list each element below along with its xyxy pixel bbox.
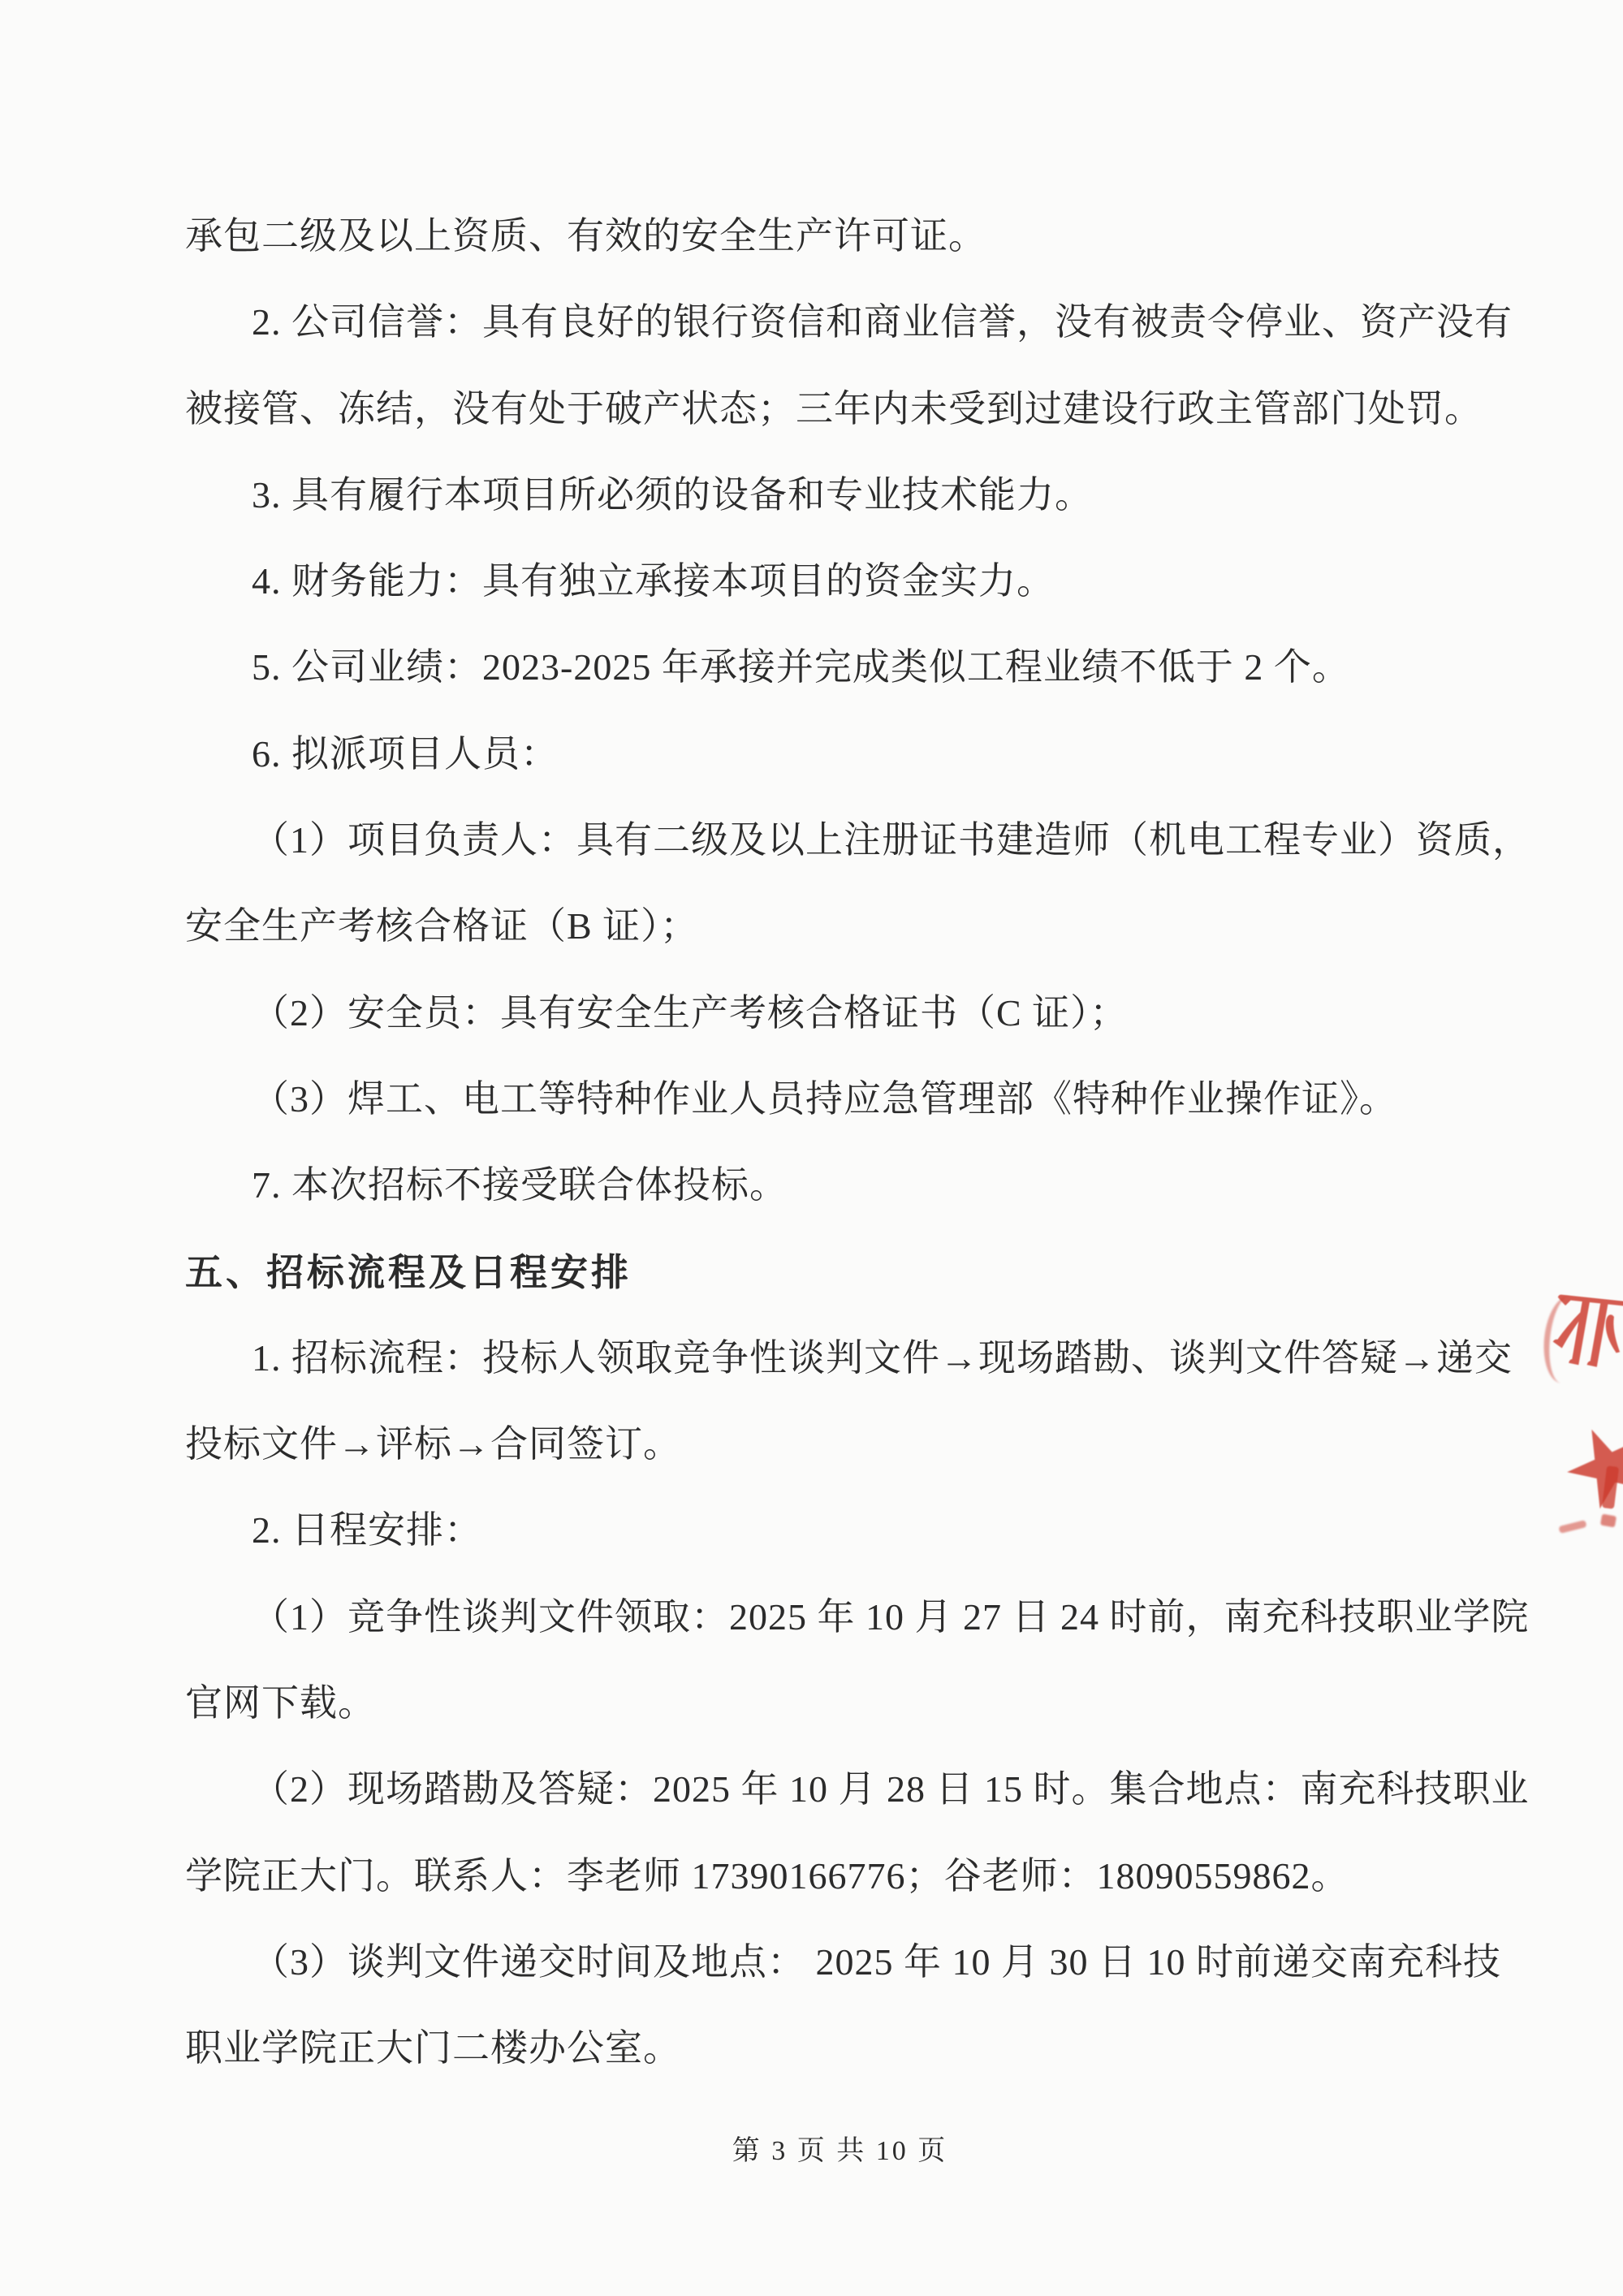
page-number-footer: 第 3 页 共 10 页 [0, 2134, 1623, 2169]
seal-mark-dash [1558, 1520, 1586, 1534]
section-heading: 五、招标流程及日程安排 [185, 1229, 1468, 1315]
document-text-line: 4. 财务能力：具有独立承接本项目的资金实力。 [185, 538, 1468, 624]
document-text-line: 安全生产考核合格证（B 证）； [185, 883, 1468, 969]
document-text-line: （1）竞争性谈判文件领取：2025 年 10 月 27 日 24 时前，南充科技… [185, 1574, 1468, 1660]
document-text-line: （2）安全员：具有安全生产考核合格证书（C 证）； [185, 970, 1468, 1056]
document-text-line: 6. 拟派项目人员： [185, 711, 1468, 797]
document-text-line: （2）现场踏勘及答疑：2025 年 10 月 28 日 15 时。集合地点：南充… [185, 1746, 1468, 1832]
document-text-line: （3）焊工、电工等特种作业人员持应急管理部《特种作业操作证》。 [185, 1056, 1468, 1142]
document-text-line: 2. 日程安排： [185, 1487, 1468, 1573]
document-text-line: 2. 公司信誉：具有良好的银行资信和商业信誉，没有被责令停业、资产没有 [185, 279, 1468, 365]
document-text-line: 职业学院正大门二楼办公室。 [185, 2005, 1468, 2091]
seal-mark-bar [1602, 1465, 1619, 1508]
document-body: 承包二级及以上资质、有效的安全生产许可证。2. 公司信誉：具有良好的银行资信和商… [185, 193, 1468, 2092]
document-text-line: 7. 本次招标不接受联合体投标。 [185, 1142, 1468, 1228]
document-text-line: 投标文件→评标→合同签订。 [185, 1401, 1468, 1487]
document-text-line: 1. 招标流程：投标人领取竞争性谈判文件→现场踏勘、谈判文件答疑→递交 [185, 1315, 1468, 1401]
document-text-line: 学院正大门。联系人：李老师 17390166776；谷老师：1809055986… [185, 1833, 1468, 1919]
document-page: 承包二级及以上资质、有效的安全生产许可证。2. 公司信誉：具有良好的银行资信和商… [0, 0, 1623, 2296]
document-text-line: （3）谈判文件递交时间及地点： 2025 年 10 月 30 日 10 时前递交… [185, 1919, 1468, 2005]
seal-star-icon: ★ [1551, 1416, 1623, 1520]
seal-character: 业 [1546, 1284, 1623, 1370]
seal-mark-dot [1600, 1514, 1617, 1528]
document-text-line: 官网下载。 [185, 1660, 1468, 1746]
document-text-line: 被接管、冻结，没有处于破产状态；三年内未受到过建设行政主管部门处罚。 [185, 366, 1468, 452]
seal-ring-arc [1540, 1294, 1592, 1386]
document-text-line: 承包二级及以上资质、有效的安全生产许可证。 [185, 193, 1468, 279]
document-text-line: （1）项目负责人：具有二级及以上注册证书建造师（机电工程专业）资质， [185, 797, 1468, 883]
document-text-line: 3. 具有履行本项目所必须的设备和专业技术能力。 [185, 452, 1468, 538]
document-text-line: 5. 公司业绩：2023-2025 年承接并完成类似工程业绩不低于 2 个。 [185, 624, 1468, 710]
